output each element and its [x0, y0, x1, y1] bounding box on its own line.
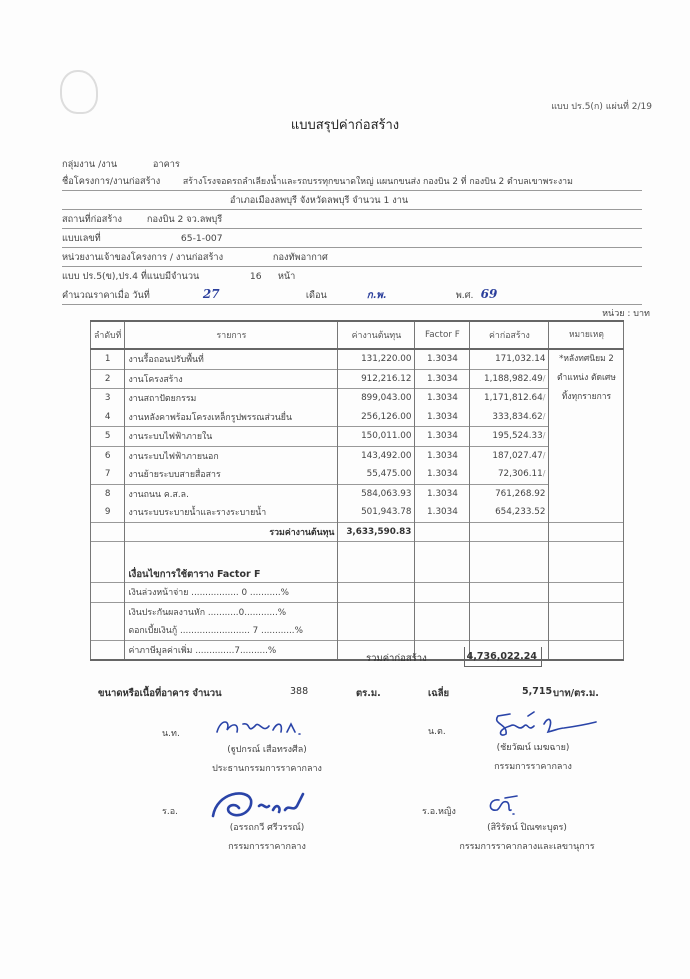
- area-value: 388: [290, 686, 308, 697]
- year-label: พ.ศ.: [456, 288, 478, 304]
- row-factor: 1.3034: [415, 389, 470, 408]
- check-mark-icon: /: [543, 412, 546, 421]
- row-construction-cost: 195,524.33/: [470, 427, 549, 447]
- row-construction-cost: 1,171,812.64/: [470, 389, 549, 408]
- group-row: กลุ่มงาน /งาน อาคาร: [62, 157, 642, 173]
- average-label: เฉลี่ย: [428, 686, 449, 701]
- header-remark: หมายเหตุ: [549, 321, 624, 349]
- row-number: 5: [91, 427, 125, 447]
- row-base-cost: 55,475.00: [338, 465, 415, 484]
- row-number: 6: [91, 446, 125, 465]
- remark-note: *หลังทศนิยม 2 ตำแหน่ง ตัดเศษทิ้งทุกรายกา…: [549, 349, 624, 522]
- row-factor: 1.3034: [415, 369, 470, 389]
- empty-cell: [91, 583, 125, 603]
- row-base-cost: 584,063.93: [338, 484, 415, 503]
- signer-position: กรรมการราคากลาง: [443, 759, 623, 773]
- empty-cell: [470, 522, 549, 542]
- grand-total-value: 4,736,022.24: [464, 647, 542, 667]
- empty-cell: [470, 542, 549, 583]
- plan-number-row: แบบเลขที่ 65-1-007: [62, 231, 642, 248]
- row-base-cost: 143,492.00: [338, 446, 415, 465]
- project-row: ชื่อโครงการ/งานก่อสร้าง สร้างโรงจอดรถลำเ…: [62, 174, 642, 191]
- construction-cost-value: 1,188,982.49: [484, 374, 543, 384]
- construction-cost-value: 171,032.14: [495, 354, 545, 364]
- empty-cell: [549, 621, 624, 640]
- handwritten-signature-icon: [467, 790, 577, 820]
- attachment-row: แบบ ปร.5(ข),ปร.4 ที่แนบมีจำนวน 16 หน้า: [62, 269, 642, 285]
- check-mark-icon: /: [543, 431, 546, 440]
- row-item: งานถนน ค.ส.ล.: [125, 484, 338, 503]
- handwritten-signature-icon: [207, 790, 317, 820]
- subtotal-row: รวมค่างานต้นทุน3,633,590.83: [91, 522, 624, 542]
- row-item: งานหลังคาพร้อมโครงเหล็กรูปพรรณส่วนยื่น: [125, 408, 338, 427]
- condition-row: เงินประกันผลงานหัก ...........0.........…: [91, 602, 624, 621]
- row-item: งานระบบระบายน้ำและรางระบายน้ำ: [125, 503, 338, 522]
- construction-cost-value: 1,171,812.64: [484, 393, 543, 403]
- page-title: แบบสรุปค่าก่อสร้าง: [0, 114, 690, 135]
- faded-stamp-mark: [60, 70, 98, 114]
- row-number: 4: [91, 408, 125, 427]
- site-label: สถานที่ก่อสร้าง: [62, 212, 144, 228]
- subtotal-value: 3,633,590.83: [338, 522, 415, 542]
- header-construction-cost: ค่าก่อสร้าง: [470, 321, 549, 349]
- row-number: 1: [91, 349, 125, 369]
- month-label: เดือน: [306, 288, 364, 304]
- row-number: 7: [91, 465, 125, 484]
- signature-block-member-1: น.ต. (ชัยวัฒน์ เมฆฉาย) กรรมการราคากลาง: [428, 710, 628, 780]
- check-mark-icon: /: [543, 451, 546, 460]
- row-construction-cost: 654,233.52: [470, 503, 549, 522]
- row-number: 8: [91, 484, 125, 503]
- average-unit: บาท/ตร.ม.: [553, 686, 599, 701]
- empty-cell: [91, 640, 125, 660]
- calc-month: ก.พ.: [367, 288, 453, 304]
- condition-text: ดอกเบี้ยเงินกู้ ........................…: [125, 621, 338, 640]
- cost-summary-table: ลำดับที่ รายการ ค่างานต้นทุน Factor F ค่…: [90, 320, 624, 661]
- empty-cell: [415, 522, 470, 542]
- construction-cost-value: 761,268.92: [495, 489, 545, 499]
- calc-year: 69: [481, 286, 498, 302]
- empty-cell: [470, 583, 549, 603]
- row-item: งานย้ายระบบสายสื่อสาร: [125, 465, 338, 484]
- signer-position: ประธานกรรมการราคากลาง: [177, 761, 357, 775]
- owner-value: กองทัพอากาศ: [273, 250, 328, 266]
- signer-position: กรรมการราคากลาง: [177, 839, 357, 853]
- signature-block-chair: น.ท. (ฐูปกรณ์ เสือทรงศีล) ประธานกรรมการร…: [162, 712, 362, 782]
- grand-total: รวมค่าก่อสร้าง 4,736,022.24: [300, 647, 660, 667]
- empty-cell: [338, 542, 415, 583]
- signer-name: (ชัยวัฒน์ เมฆฉาย): [463, 740, 603, 754]
- empty-cell: [415, 621, 470, 640]
- site-value: กองบิน 2 จว.ลพบุรี: [147, 212, 222, 228]
- project-value-line1: สร้างโรงจอดรถลำเลียงน้ำและรถบรรทุกขนาดให…: [183, 174, 573, 190]
- construction-cost-value: 187,027.47: [492, 451, 542, 461]
- conditions-title: เงื่อนไขการใช้ตาราง Factor F: [125, 542, 338, 583]
- row-base-cost: 899,043.00: [338, 389, 415, 408]
- row-factor: 1.3034: [415, 349, 470, 369]
- row-base-cost: 131,220.00: [338, 349, 415, 369]
- row-base-cost: 150,011.00: [338, 427, 415, 447]
- project-value-line2: อำเภอเมืองลพบุรี จังหวัดลพบุรี จำนวน 1 ง…: [230, 193, 408, 209]
- construction-cost-value: 333,834.62: [492, 412, 542, 422]
- row-construction-cost: 171,032.14: [470, 349, 549, 369]
- signer-rank: ร.อ.: [162, 804, 202, 818]
- empty-cell: [91, 542, 125, 583]
- row-construction-cost: 72,306.11/: [470, 465, 549, 484]
- row-factor: 1.3034: [415, 465, 470, 484]
- empty-cell: [549, 522, 624, 542]
- table-row: 2งานโครงสร้าง912,216.121.30341,188,982.4…: [91, 369, 624, 389]
- owner-row: หน่วยงานเจ้าของโครงการ / งานก่อสร้าง กอง…: [62, 250, 642, 267]
- construction-cost-value: 654,233.52: [495, 507, 545, 517]
- condition-text: เงินประกันผลงานหัก ...........0.........…: [125, 602, 338, 621]
- empty-cell: [549, 583, 624, 603]
- row-factor: 1.3034: [415, 503, 470, 522]
- plan-number-label: แบบเลขที่: [62, 231, 178, 247]
- row-item: งานสถาปัตยกรรม: [125, 389, 338, 408]
- condition-text: เงินล่วงหน้าจ่าย ................. 0 ...…: [125, 583, 338, 603]
- row-item: งานโครงสร้าง: [125, 369, 338, 389]
- row-number: 2: [91, 369, 125, 389]
- table-row: 4งานหลังคาพร้อมโครงเหล็กรูปพรรณส่วนยื่น2…: [91, 408, 624, 427]
- row-number: 9: [91, 503, 125, 522]
- signature-block-secretary: ร.อ.หญิง (สิริรัตน์ ปิณฑะบุตร) กรรมการรา…: [422, 790, 622, 860]
- empty-cell: [91, 522, 125, 542]
- signer-rank: น.ต.: [428, 724, 468, 738]
- construction-cost-value: 72,306.11: [498, 469, 543, 479]
- row-item: งานระบบไฟฟ้าภายนอก: [125, 446, 338, 465]
- empty-cell: [338, 583, 415, 603]
- signer-rank: ร.อ.หญิง: [422, 804, 462, 818]
- subtotal-label: รวมค่างานต้นทุน: [125, 522, 338, 542]
- calc-day: 27: [203, 286, 303, 302]
- row-base-cost: 912,216.12: [338, 369, 415, 389]
- project-label: ชื่อโครงการ/งานก่อสร้าง: [62, 174, 180, 190]
- site-row: สถานที่ก่อสร้าง กองบิน 2 จว.ลพบุรี: [62, 212, 642, 229]
- group-value: อาคาร: [153, 157, 180, 173]
- attachment-count: 16: [250, 269, 275, 285]
- check-mark-icon: /: [543, 469, 546, 478]
- plan-number-value: 65-1-007: [181, 231, 223, 247]
- conditions-title-row: เงื่อนไขการใช้ตาราง Factor F: [91, 542, 624, 583]
- construction-cost-value: 195,524.33: [492, 431, 542, 441]
- header-base-cost: ค่างานต้นทุน: [338, 321, 415, 349]
- empty-cell: [91, 602, 125, 621]
- row-item: งานรื้อถอนปรับพื้นที่: [125, 349, 338, 369]
- row-factor: 1.3034: [415, 408, 470, 427]
- table-row: 6งานระบบไฟฟ้าภายนอก143,492.001.3034187,0…: [91, 446, 624, 465]
- row-item: งานระบบไฟฟ้าภายใน: [125, 427, 338, 447]
- empty-cell: [338, 621, 415, 640]
- grand-total-label: รวมค่าก่อสร้าง: [366, 651, 427, 666]
- currency-unit: หน่วย : บาท: [602, 306, 650, 320]
- signature-block-member-2: ร.อ. (อรรถกวี ศรีวรรณ์) กรรมการราคากลาง: [162, 790, 362, 860]
- table-row: 9งานระบบระบายน้ำและรางระบายน้ำ501,943.78…: [91, 503, 624, 522]
- row-construction-cost: 1,188,982.49/: [470, 369, 549, 389]
- signer-name: (อรรถกวี ศรีวรรณ์): [197, 820, 337, 834]
- header-item: รายการ: [125, 321, 338, 349]
- empty-cell: [91, 621, 125, 640]
- signer-rank: น.ท.: [162, 726, 202, 740]
- handwritten-signature-icon: [207, 712, 317, 742]
- table-row: 7งานย้ายระบบสายสื่อสาร55,475.001.303472,…: [91, 465, 624, 484]
- header-factor: Factor F: [415, 321, 470, 349]
- empty-cell: [470, 621, 549, 640]
- row-factor: 1.3034: [415, 446, 470, 465]
- table-row: 1งานรื้อถอนปรับพื้นที่131,220.001.303417…: [91, 349, 624, 369]
- empty-cell: [549, 542, 624, 583]
- owner-label: หน่วยงานเจ้าของโครงการ / งานก่อสร้าง: [62, 250, 270, 266]
- area-label: ขนาดหรือเนื้อที่อาคาร จำนวน: [98, 686, 222, 701]
- empty-cell: [549, 602, 624, 621]
- empty-cell: [415, 542, 470, 583]
- calc-date-row: คำนวณราคาเมื่อ วันที่ 27 เดือน ก.พ. พ.ศ.…: [62, 286, 642, 305]
- condition-row: ดอกเบี้ยเงินกู้ ........................…: [91, 621, 624, 640]
- check-mark-icon: /: [543, 393, 546, 402]
- row-construction-cost: 761,268.92: [470, 484, 549, 503]
- calc-date-label: คำนวณราคาเมื่อ วันที่: [62, 288, 200, 304]
- table-row: 8งานถนน ค.ส.ล.584,063.931.3034761,268.92: [91, 484, 624, 503]
- table-row: 5งานระบบไฟฟ้าภายใน150,011.001.3034195,52…: [91, 427, 624, 447]
- row-base-cost: 256,126.00: [338, 408, 415, 427]
- handwritten-signature-icon: [473, 710, 613, 740]
- row-base-cost: 501,943.78: [338, 503, 415, 522]
- attachment-unit: หน้า: [278, 269, 296, 285]
- group-label: กลุ่มงาน /งาน: [62, 157, 150, 173]
- attachment-label: แบบ ปร.5(ข),ปร.4 ที่แนบมีจำนวน: [62, 269, 247, 285]
- signer-position: กรรมการราคากลางและเลขานุการ: [437, 839, 617, 853]
- empty-cell: [470, 602, 549, 621]
- empty-cell: [338, 602, 415, 621]
- average-value: 5,715: [522, 686, 552, 697]
- header-no: ลำดับที่: [91, 321, 125, 349]
- row-construction-cost: 187,027.47/: [470, 446, 549, 465]
- row-construction-cost: 333,834.62/: [470, 408, 549, 427]
- row-factor: 1.3034: [415, 427, 470, 447]
- signer-name: (สิริรัตน์ ปิณฑะบุตร): [457, 820, 597, 834]
- form-number: แบบ ปร.5(ก) แผ่นที่ 2/19: [551, 99, 652, 113]
- area-unit: ตร.ม.: [356, 686, 381, 701]
- check-mark-icon: /: [543, 374, 546, 383]
- empty-cell: [415, 583, 470, 603]
- signer-name: (ฐูปกรณ์ เสือทรงศีล): [197, 742, 337, 756]
- project-row-2: อำเภอเมืองลพบุรี จังหวัดลพบุรี จำนวน 1 ง…: [62, 193, 642, 210]
- table-header-row: ลำดับที่ รายการ ค่างานต้นทุน Factor F ค่…: [91, 321, 624, 349]
- condition-row: เงินล่วงหน้าจ่าย ................. 0 ...…: [91, 583, 624, 603]
- row-factor: 1.3034: [415, 484, 470, 503]
- empty-cell: [415, 602, 470, 621]
- table-row: 3งานสถาปัตยกรรม899,043.001.30341,171,812…: [91, 389, 624, 408]
- row-number: 3: [91, 389, 125, 408]
